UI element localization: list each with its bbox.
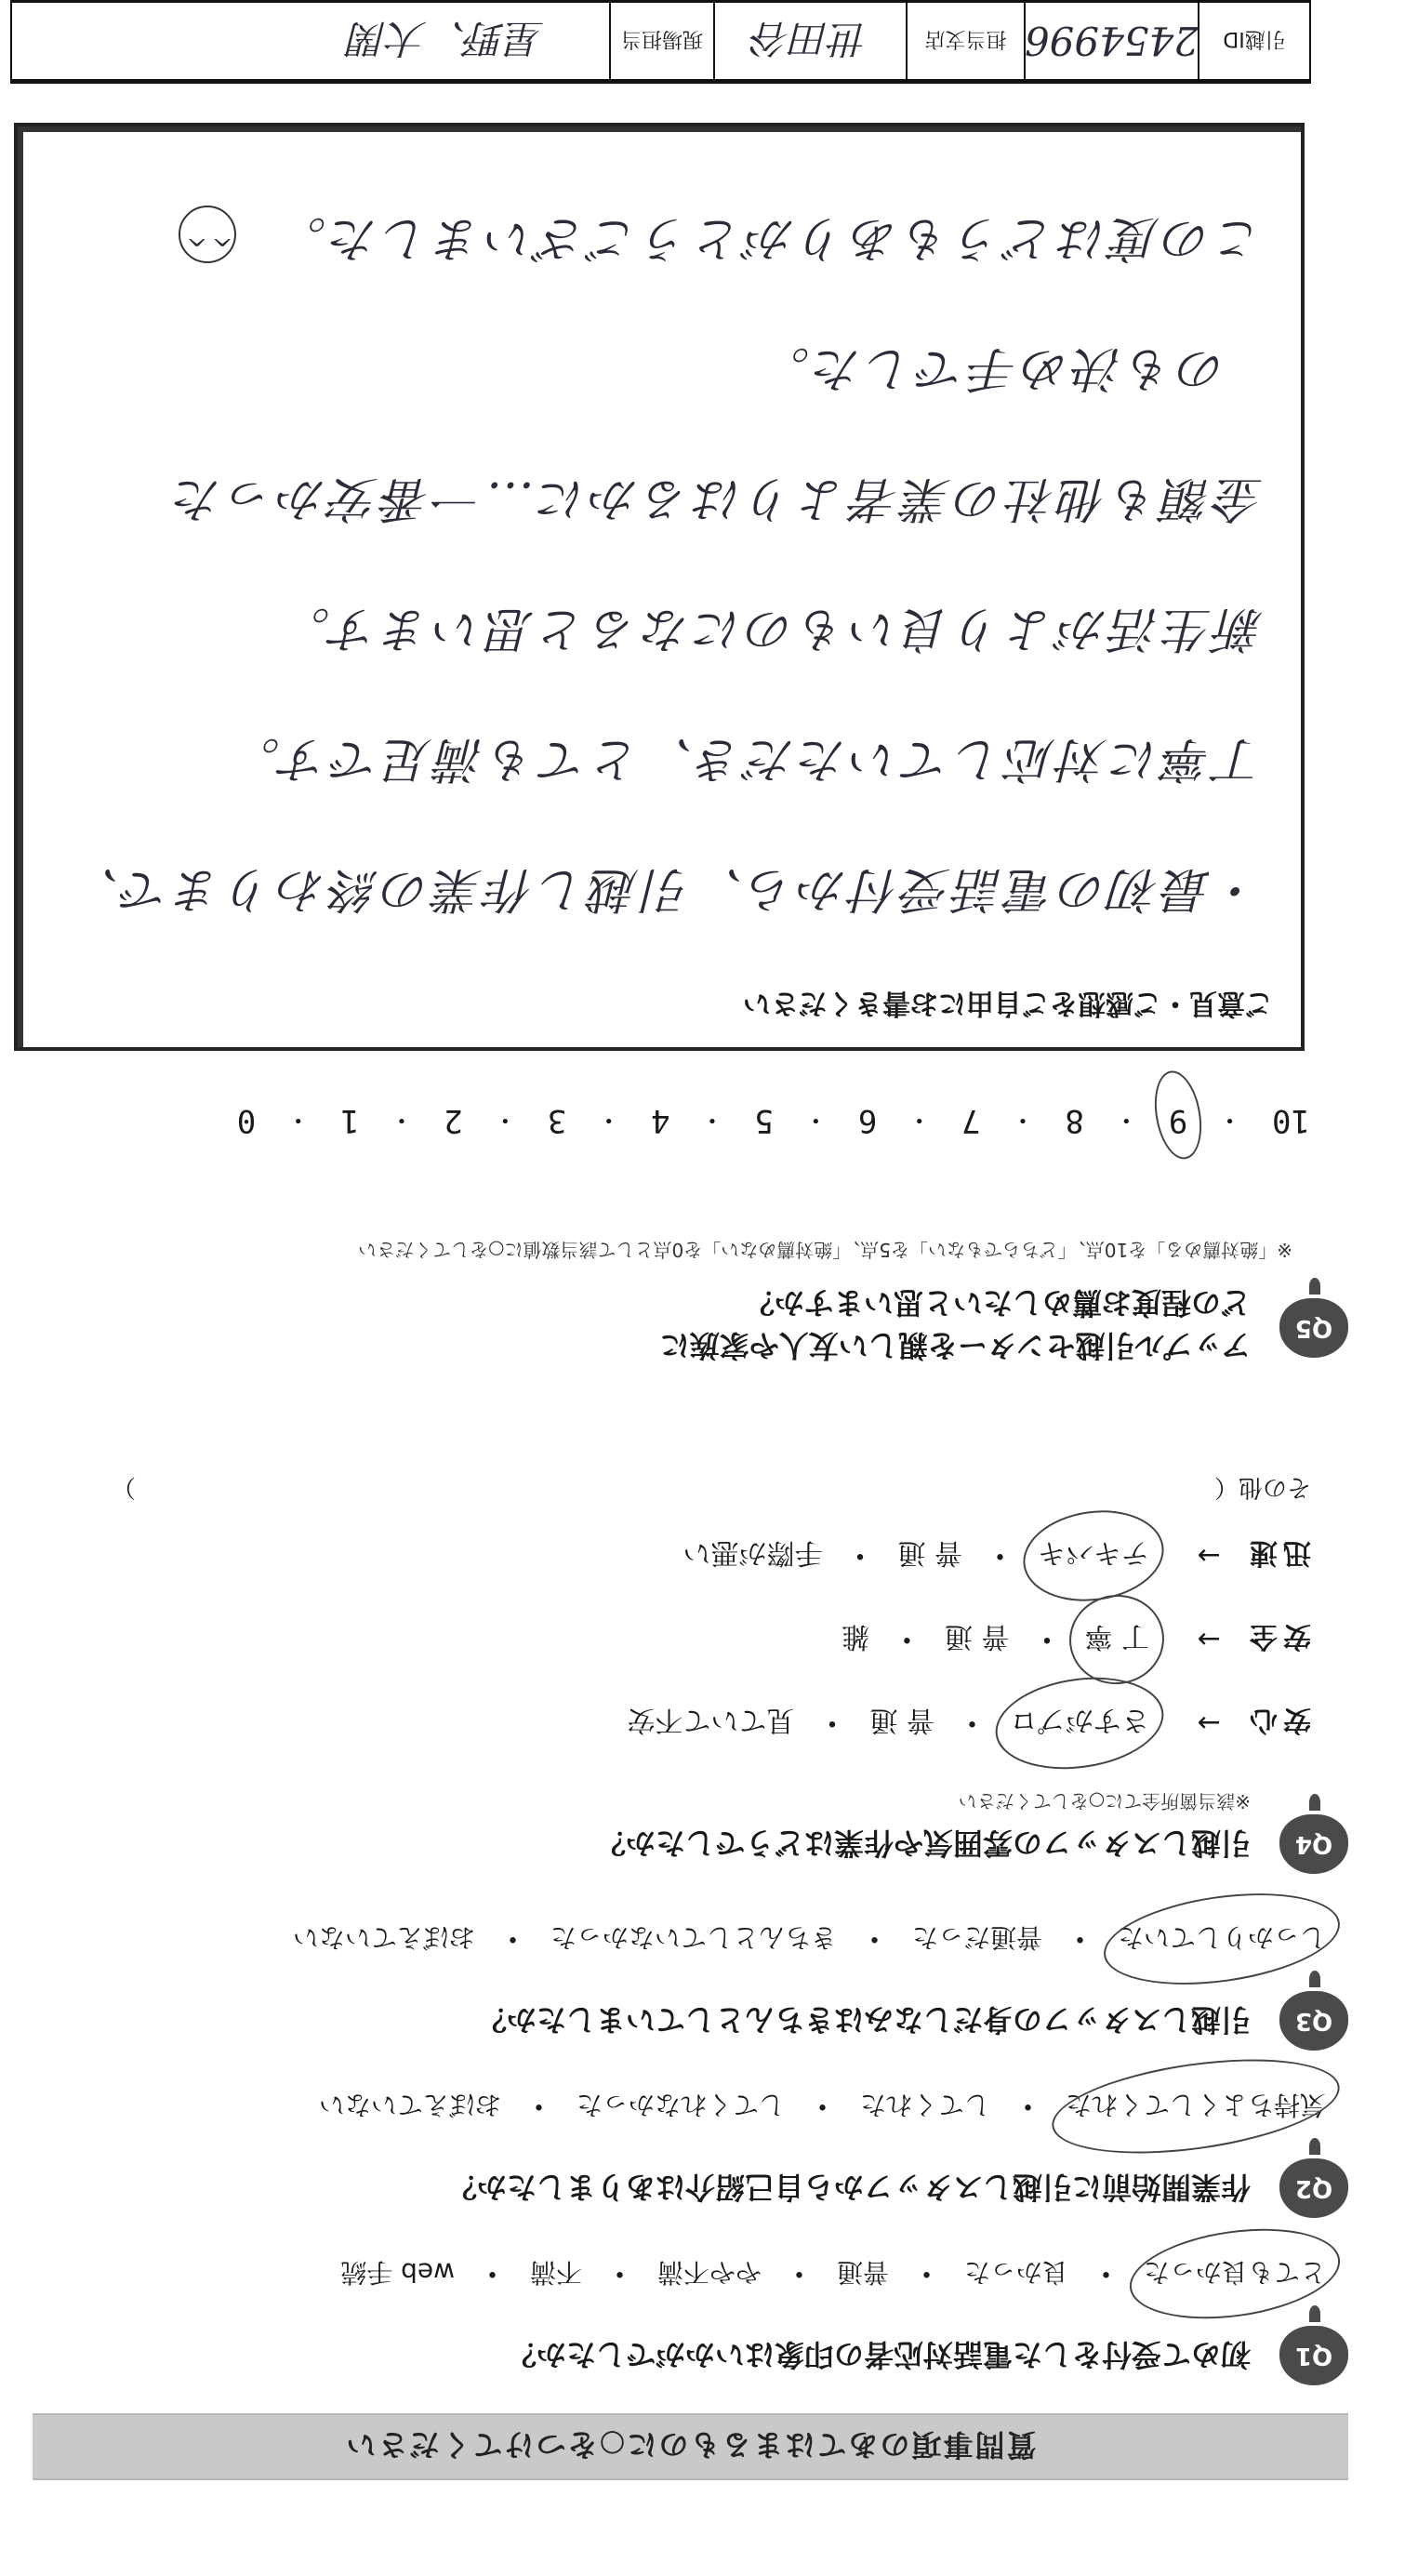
q3-option-dont-remember[interactable]: おぼえていない [289,1920,479,1958]
comment-line: ・最初の電話受付から、引越し作業の終わりまで、 [55,824,1264,954]
q5-badge-icon: Q5 [1279,1298,1348,1358]
scale-option-8[interactable]: 8 [1059,1102,1089,1139]
q1-text: 初めて受付をした電話対応者の印象はいかがでしたか？ [507,2333,1251,2376]
scale-option-9[interactable]: 9 [1163,1102,1193,1139]
q4-option-rough[interactable]: 雑 [838,1619,873,1660]
q2-text: 作業開始前に引越しスタッフから自己紹介はありましたか？ [447,2166,1251,2209]
q5-text-line2: どの程度お薦めしたいと思いますか？ [745,1281,1251,1324]
branch-value-cell[interactable]: 世田谷 [713,3,906,79]
move-id-value: 2454996 [1025,19,1199,64]
q4-option-professional[interactable]: さすがプロ [1006,1703,1153,1744]
scale-option-4[interactable]: 4 [645,1102,675,1139]
q4-option-careful[interactable]: 丁 寧 [1080,1619,1153,1660]
survey-form-page: 質問事項のあてはまるものに○をつけてください Q1 初めて受付をした電話対応者の… [0,0,1418,2576]
scale-option-5[interactable]: 5 [749,1102,778,1139]
q4-row-label: 迅速 [1237,1535,1311,1576]
move-id-label-cell: 引越ID [1198,3,1309,79]
scale-option-10[interactable]: 10 [1266,1102,1316,1139]
staff-label-cell: 現場担当 [609,3,713,79]
q1-option-good[interactable]: 良かった [961,2255,1072,2292]
q4-row-label: 安心 [1237,1703,1311,1744]
q2-option-pleasant[interactable]: 気持ちよくしてくれた [1062,2088,1330,2125]
instruction-text: 質問事項のあてはまるものに○をつけてください [345,2425,1037,2468]
q4-option-normal[interactable]: 普 通 [866,1703,938,1744]
q4-text: 引越しスタッフの雰囲気や作業はどうでしたか？ [596,1822,1251,1865]
arrow-right-icon: → [1181,1624,1237,1656]
q4-row-speed: 迅速 → テキパキ• 普 通• 手際が悪い [679,1535,1311,1576]
q1-option-somewhat-unsatisfied[interactable]: やや不満 [654,2255,765,2292]
q3-option-neat[interactable]: しっかりしていた [1114,1920,1330,1958]
branch-label-cell: 担当支店 [906,3,1024,79]
scale-option-3[interactable]: 3 [542,1102,572,1139]
q3-text: 引越しスタッフの身だしなみはきちんとしていましたか？ [477,1998,1251,2041]
question-q1: Q1 初めて受付をした電話対応者の印象はいかがでしたか？ とても良かった• 良か… [46,2227,1348,2385]
q4-option-normal[interactable]: 普 通 [894,1535,966,1576]
branch-label: 担当支店 [925,27,1007,56]
q2-badge-icon: Q2 [1279,2158,1348,2218]
q1-option-very-good[interactable]: とても良かった [1140,2255,1330,2292]
arrow-right-icon: → [1181,1540,1237,1573]
comment-line: 新生活がより良いものになると思います。 [55,564,1264,694]
move-id-label: 引越ID [1223,27,1285,56]
branch-value: 世田谷 [752,13,869,69]
q2-option-no[interactable]: してくれなかった [573,2088,789,2125]
move-id-value-cell[interactable]: 2454996 [1024,3,1198,79]
q4-row-reassurance: 安心 → さすがプロ• 普 通• 見ていて不安 [623,1703,1311,1744]
q4-note: ※該当箇所全てに○をしてください [959,1789,1251,1816]
staff-label: 現場担当 [621,27,703,56]
q4-row-label: 安全 [1237,1619,1311,1660]
q2-option-yes[interactable]: してくれた [856,2088,994,2125]
q4-row-safety: 安全 → 丁 寧• 普 通• 雑 [838,1619,1311,1660]
q4-badge-icon: Q4 [1279,1814,1348,1874]
q4-option-clumsy[interactable]: 手際が悪い [679,1535,826,1576]
comment-line: のも決め手でした。 [55,303,1264,433]
scale-option-2[interactable]: 2 [438,1102,468,1139]
instruction-banner: 質問事項のあてはまるものに○をつけてください [33,2413,1348,2480]
comments-handwritten-text: ・最初の電話受付から、引越し作業の終わりまで、 丁寧に対応していただき、とても満… [55,173,1264,954]
question-q3: Q3 引越しスタッフの身だしなみはきちんとしていましたか？ しっかりしていた• … [46,1892,1348,2051]
q4-option-efficient[interactable]: テキパキ [1034,1535,1153,1576]
q4-option-worrying[interactable]: 見ていて不安 [623,1703,798,1744]
q1-options: とても良かった• 良かった• 普通• やや不満• 不満• web 手続 [337,2255,1330,2292]
smiley-face-icon: ^^ [179,206,236,264]
move-info-table: 引越ID 2454996 担当支店 世田谷 現場担当 星野、大関 [10,0,1311,84]
comment-line-last: この度はどうもありがとうございました。 ^^ [55,173,1264,303]
scale-option-6[interactable]: 6 [853,1102,882,1139]
q3-options: しっかりしていた• 普通だった• きちんとしていなかった• おぼえていない [289,1920,1330,1958]
scale-option-0[interactable]: 0 [232,1102,261,1139]
q3-option-not-neat[interactable]: きちんとしていなかった [547,1920,841,1958]
q5-text-line1: アップル引越センターを親しい友人や家族に [660,1324,1251,1367]
comment-line: 丁寧に対応していただき、とても満足です。 [55,694,1264,824]
comment-line: 金額も他社の業者よりはるかに…一番安かった [55,433,1264,564]
q1-option-normal[interactable]: 普通 [833,2255,893,2292]
comments-title: ご意見・ご感想をご自由にお書きください [743,986,1273,1027]
q3-badge-icon: Q3 [1279,1991,1348,2051]
q1-option-web[interactable]: web 手続 [337,2255,458,2292]
question-q4: Q4 引越しスタッフの雰囲気や作業はどうでしたか？ ※該当箇所全てに○をしてくだ… [46,1483,1348,1874]
q2-options: 気持ちよくしてくれた• してくれた• してくれなかった• おぼえていない [315,2088,1330,2125]
comment-line-text: この度はどうもありがとうございました。 [274,210,1264,266]
q4-other-label: その他（ [1214,1472,1311,1507]
scale-option-1[interactable]: 1 [335,1102,364,1139]
q4-row-other: その他（ ） [112,1472,1311,1507]
scale-option-7[interactable]: 7 [956,1102,986,1139]
q3-option-normal[interactable]: 普通だった [908,1920,1046,1958]
staff-value-cell[interactable]: 星野、大関 [12,3,609,79]
q1-option-unsatisfied[interactable]: 不満 [526,2255,586,2292]
q4-other-close: ） [112,1472,136,1507]
staff-value: 星野、大関 [349,13,544,69]
q1-badge-icon: Q1 [1279,2326,1348,2385]
q5-note: ※「絶対薦める」を10点、「どちらでもない」を5点、「絶対薦めない」を0点として… [358,1238,1292,1265]
q5-recommend-scale: 10• 9• 8• 7• 6• 5• 4• 3• 2• 1• 0 [232,1102,1316,1139]
comments-box[interactable]: ご意見・ご感想をご自由にお書きください ・最初の電話受付から、引越し作業の終わり… [14,123,1305,1051]
arrow-right-icon: → [1181,1707,1237,1740]
q4-option-normal[interactable]: 普 通 [941,1619,1014,1660]
q2-option-dont-remember[interactable]: おぼえていない [315,2088,505,2125]
question-q5: Q5 アップル引越センターを親しい友人や家族に どの程度お薦めしたいと思いますか… [46,1153,1348,1376]
question-q2: Q2 作業開始前に引越しスタッフから自己紹介はありましたか？ 気持ちよくしてくれ… [46,2060,1348,2218]
